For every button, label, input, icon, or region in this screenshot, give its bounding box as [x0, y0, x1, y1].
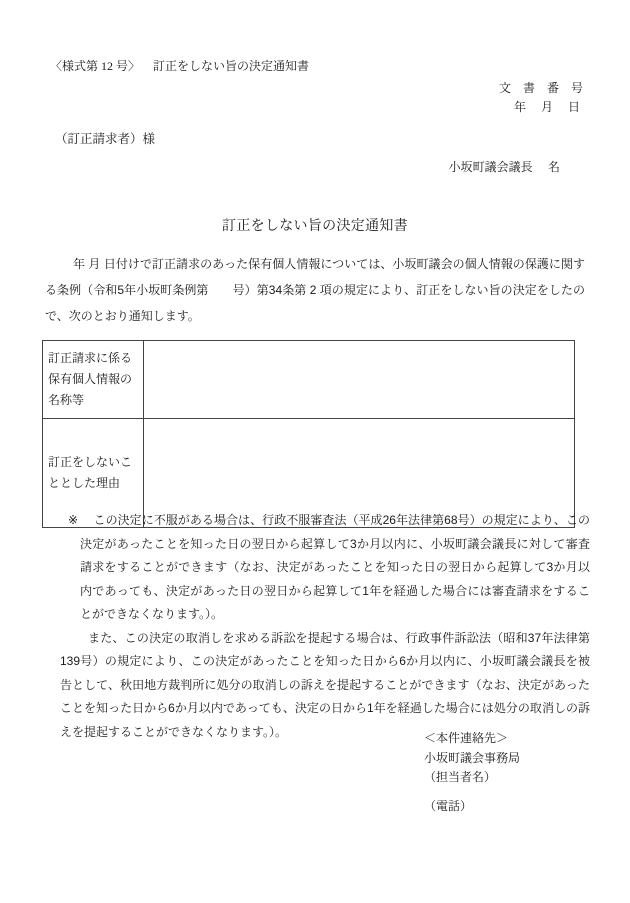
contact-office: 小坂町議会事務局 — [424, 749, 520, 769]
form-number-label: 〈様式第 12 号〉 — [50, 59, 140, 73]
doc-number-label: 文 書 番 号 — [499, 79, 583, 96]
sender-line: 小坂町議会議長 名 — [449, 158, 560, 175]
form-number-row: 〈様式第 12 号〉訂正をしない旨の決定通知書 — [50, 57, 309, 74]
note-paragraph-lawsuit: また、この決定の取消しを求める訴訟を提起する場合は、行政事件訴訟法（昭和37年法… — [60, 627, 590, 745]
doc-date-label: 年 月 日 — [514, 98, 580, 115]
request-info-table: 訂正請求に係る 保有個人情報の 名称等 訂正をしないこ ととした理由 — [42, 340, 575, 528]
contact-heading: ＜本件連絡先＞ — [424, 729, 520, 749]
body-paragraph: 年 月 日付けで訂正請求のあった保有個人情報については、小坂町議会の個人情報の保… — [45, 251, 585, 329]
row-label-personal-info-name: 訂正請求に係る 保有個人情報の 名称等 — [43, 341, 144, 419]
addressee-line: （訂正請求者）様 — [55, 129, 155, 147]
contact-block: ＜本件連絡先＞ 小坂町議会事務局 （担当者名） （電話） — [424, 729, 520, 816]
document-title: 訂正をしない旨の決定通知書 — [0, 215, 630, 235]
form-subject-label: 訂正をしない旨の決定通知書 — [153, 59, 309, 73]
note-paragraph-appeal: ※ この決定に不服がある場合は、行政不服審査法（平成26年法律第68号）の規定に… — [60, 509, 590, 627]
document-page: 〈様式第 12 号〉訂正をしない旨の決定通知書 文 書 番 号 年 月 日 （訂… — [0, 0, 630, 903]
table-row-name: 訂正請求に係る 保有個人情報の 名称等 — [43, 341, 575, 419]
contact-phone: （電話） — [424, 797, 520, 817]
row-value-personal-info-name — [144, 341, 575, 419]
contact-person: （担当者名） — [424, 768, 520, 788]
appeal-note: ※ この決定に不服がある場合は、行政不服審査法（平成26年法律第68号）の規定に… — [60, 509, 590, 744]
